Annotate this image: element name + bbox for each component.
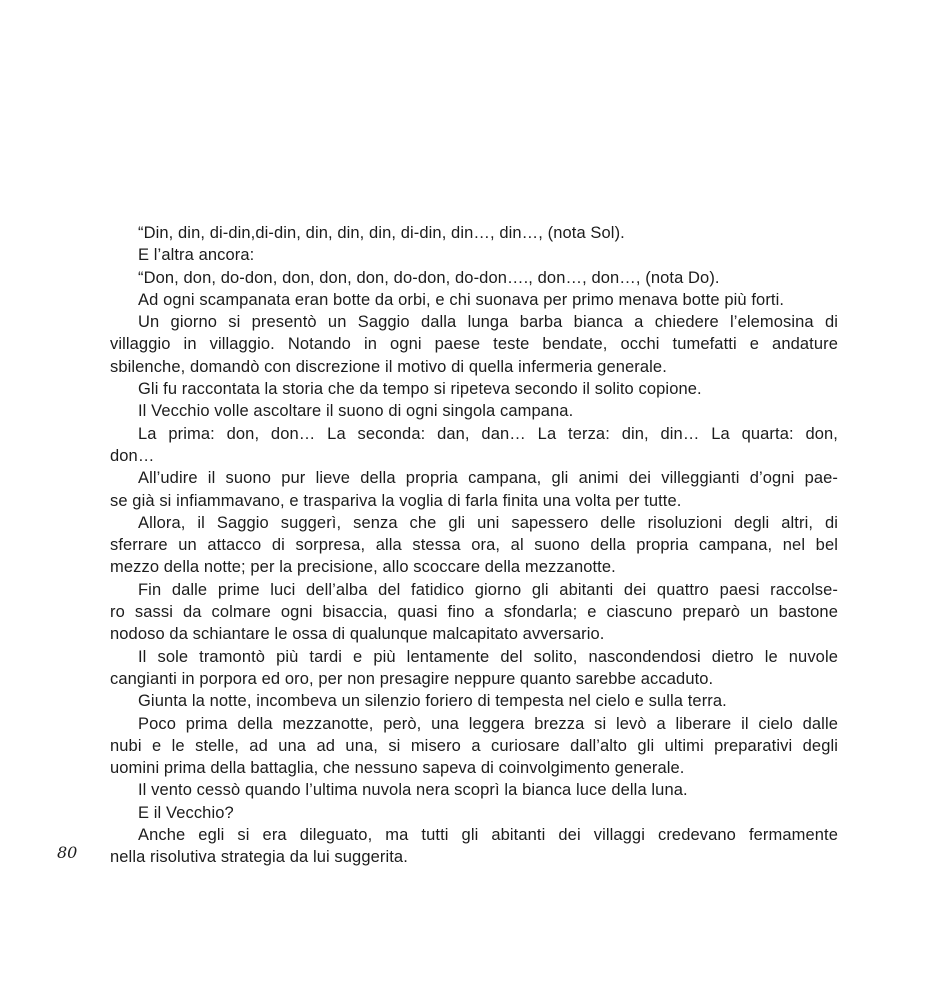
text-line: Il vento cessò quando l’ultima nuvola ne… <box>110 779 838 801</box>
text-line: “Don, don, do-don, don, don, don, do-don… <box>110 267 838 289</box>
text-line: Anche egli si era dileguato, ma tutti gl… <box>110 824 838 846</box>
text-line: “Din, din, di-din,di-din, din, din, din,… <box>110 222 838 244</box>
text-line: Poco prima della mezzanotte, però, una l… <box>110 713 838 735</box>
text-line: villaggio in villaggio. Notando in ogni … <box>110 333 838 355</box>
text-line: La prima: don, don… La seconda: dan, dan… <box>110 423 838 445</box>
page-number: 80 <box>57 842 77 864</box>
text-line: mezzo della notte; per la precisione, al… <box>110 556 838 578</box>
text-line: Allora, il Saggio suggerì, senza che gli… <box>110 512 838 534</box>
text-line: Un giorno si presentò un Saggio dalla lu… <box>110 311 838 333</box>
text-line: cangianti in porpora ed oro, per non pre… <box>110 668 838 690</box>
text-line: nella risolutiva strategia da lui sugger… <box>110 846 838 868</box>
book-page: “Din, din, di-din,di-din, din, din, din,… <box>0 0 942 1000</box>
text-line: Il Vecchio volle ascoltare il suono di o… <box>110 400 838 422</box>
text-line: nubi e le stelle, ad una ad una, si mise… <box>110 735 838 757</box>
text-line: Il sole tramontò più tardi e più lentame… <box>110 646 838 668</box>
text-line: sferrare un attacco di sorpresa, alla st… <box>110 534 838 556</box>
text-line: ro sassi da colmare ogni bisaccia, quasi… <box>110 601 838 623</box>
text-line: uomini prima della battaglia, che nessun… <box>110 757 838 779</box>
text-line: se già si infiammavano, e traspariva la … <box>110 490 838 512</box>
text-line: All’udire il suono pur lieve della propr… <box>110 467 838 489</box>
text-line: E l’altra ancora: <box>110 244 838 266</box>
text-line: Fin dalle prime luci dell’alba del fatid… <box>110 579 838 601</box>
text-line: don… <box>110 445 838 467</box>
text-line: Giunta la notte, incombeva un silenzio f… <box>110 690 838 712</box>
text-line: Gli fu raccontata la storia che da tempo… <box>110 378 838 400</box>
text-line: E il Vecchio? <box>110 802 838 824</box>
text-line: Ad ogni scampanata eran botte da orbi, e… <box>110 289 838 311</box>
text-line: sbilenche, domandò con discrezione il mo… <box>110 356 838 378</box>
story-text: “Din, din, di-din,di-din, din, din, din,… <box>110 222 838 869</box>
text-line: nodoso da schiantare le ossa di qualunqu… <box>110 623 838 645</box>
